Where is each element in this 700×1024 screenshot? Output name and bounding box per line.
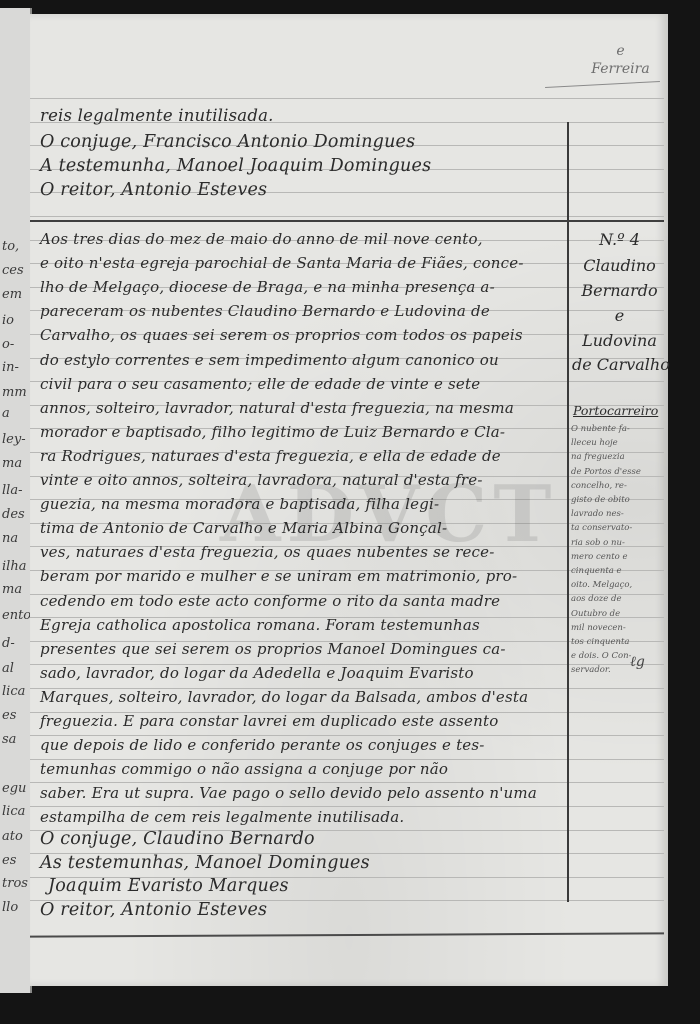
entry-body-line: pareceram os nubentes Claudino Bernardo … [40, 302, 490, 320]
entry-signature: Joaquim Evaristo Marques [48, 876, 289, 896]
entry-body-line: civil para o seu casamento; elle de edad… [40, 375, 480, 393]
entry-body-line: guezia, na mesma moradora e baptisada, f… [40, 495, 439, 513]
left-page-fragment: lica [2, 804, 25, 819]
margin-annotation-line: cinquenta e [571, 564, 667, 578]
margin-annotation-line: oito. Melgaço, [571, 578, 667, 592]
entry-separator-top [30, 220, 664, 222]
left-page-fragment: ma [2, 582, 22, 597]
margin-annotation-line: gisto de obito [571, 493, 667, 507]
entry-signature: O reitor, Antonio Esteves [40, 900, 267, 920]
entry-body-line: vinte e oito annos, solteira, lavradora,… [40, 471, 483, 489]
entry-body-line: lho de Melgaço, diocese de Braga, e na m… [40, 278, 495, 296]
left-page-fragment: egu [2, 781, 26, 796]
entry-signature: As testemunhas, Manoel Domingues [40, 853, 370, 873]
margin-name: Ludovina [572, 331, 667, 350]
left-page-fragment: lica [2, 684, 25, 699]
margin-annotation: O nubente fa-lleceu hojena fregueziade P… [571, 422, 667, 678]
entry-body-line: ra Rodrigues, naturaes d'esta freguezia,… [40, 447, 501, 465]
margin-annotation-line: ria sob o nu- [571, 536, 667, 550]
margin-name: Claudino [572, 256, 667, 275]
left-page-fragment: o- [2, 337, 14, 352]
margin-annotation-line: tos cinquenta [571, 635, 667, 649]
entry-signature: O conjuge, Claudino Bernardo [40, 829, 315, 849]
margin-annotation-line: e dois. O Con- [571, 649, 667, 663]
left-page-fragment: ley- [2, 432, 26, 447]
previous-entry-signature: O conjuge, Francisco Antonio Domingues [40, 132, 415, 152]
entry-body-line: morador e baptisado, filho legitimo de L… [40, 423, 505, 441]
entry-body-line: temunhas commigo o não assigna a conjuge… [40, 760, 448, 778]
entry-body-line: do estylo correntes e sem impedimento al… [40, 351, 499, 369]
entry-body-line: cedendo em todo este acto conforme o rit… [40, 592, 500, 610]
margin-annotation-line: aos doze de [571, 592, 667, 606]
left-page-fragment: mm [2, 385, 27, 400]
entry-separator-bottom [30, 932, 664, 937]
margin-annotation-line: Outubro de [571, 607, 667, 621]
entry-body-line: que depois de lido e conferido perante o… [40, 736, 485, 754]
previous-entry-signature: A testemunha, Manoel Joaquim Domingues [40, 156, 431, 176]
margin-name: Bernardo [572, 281, 667, 300]
left-page-fragment: d- [2, 636, 15, 651]
margin-annotation-line: na freguezia [571, 450, 667, 464]
entry-body-line: ves, naturaes d'esta freguezia, os quaes… [40, 543, 495, 561]
entry-body-line: saber. Era ut supra. Vae pago o sello de… [40, 784, 537, 802]
left-page-fragment: al [2, 661, 14, 676]
left-page-fragment: ma [2, 456, 22, 471]
margin-name: e [572, 306, 667, 325]
entry-body-line: sado, lavrador, do logar da Adedella e J… [40, 664, 474, 682]
margin-annotation-line: concelho, re- [571, 479, 667, 493]
margin-annotation-line: lleceu hoje [571, 436, 667, 450]
left-page-fragment: na [2, 531, 18, 546]
left-page-fragment: to, [2, 239, 19, 254]
margin-annotation-line: mero cento e [571, 550, 667, 564]
entry-body-line: Aos tres dias do mez de maio do anno de … [40, 230, 483, 248]
margin-annotation-line: ta conservato- [571, 521, 667, 535]
left-page-fragment: in- [2, 360, 19, 375]
register-page: e Ferreira ADVCT reis legalmente inutili… [30, 14, 668, 986]
entry-body-line: Marques, solteiro, lavrador, do logar da… [40, 688, 528, 706]
left-page-fragment: lla- [2, 483, 22, 498]
corner-annotation-underline [545, 81, 660, 88]
corner-annotation-line1: e [578, 42, 663, 60]
margin-annotation-line: de Portos d'esse [571, 465, 667, 479]
left-page-fragment: io [2, 313, 14, 328]
left-page-fragment: a [2, 406, 10, 421]
left-page-fragment: llo [2, 900, 18, 915]
previous-entry-signature: O reitor, Antonio Esteves [40, 180, 267, 200]
entry-body-line: freguezia. E para constar lavrei em dupl… [40, 712, 498, 730]
left-page-fragment: es [2, 853, 16, 868]
entry-body-line: annos, solteiro, lavrador, natural d'est… [40, 399, 514, 417]
entry-body-line: estampilha de cem reis legalmente inutil… [40, 808, 404, 826]
corner-annotation: e Ferreira [578, 42, 663, 78]
left-page-fragment: ilha [2, 559, 26, 574]
margin-flourish: ℓg [630, 654, 645, 671]
entry-body-line: e oito n'esta egreja parochial de Santa … [40, 254, 524, 272]
entry-body-line: presentes que sei serem os proprios Mano… [40, 640, 506, 658]
left-page-fragment: ces [2, 263, 24, 278]
margin-annotation-line: mil novecen- [571, 621, 667, 635]
adjacent-left-page: to,cesemioo-in-mmaley-malla-desnailhamae… [0, 8, 32, 993]
margin-annotation-heading: Portocarreiro [573, 403, 658, 418]
entry-body-line: tima de Antonio de Carvalho e Maria Albi… [40, 519, 447, 537]
left-page-fragment: ato [2, 829, 23, 844]
margin-annotation-line: servador. [571, 663, 667, 677]
ruled-line [30, 98, 664, 99]
corner-annotation-line2: Ferreira [578, 60, 663, 78]
left-page-fragment: es [2, 708, 16, 723]
left-page-fragment: em [2, 287, 22, 302]
left-page-fragment: ento [2, 608, 31, 623]
entry-body-line: Carvalho, os quaes sei serem os proprios… [40, 326, 523, 344]
left-page-fragment: sa [2, 732, 16, 747]
margin-annotation-line: O nubente fa- [571, 422, 667, 436]
margin-annotation-line: lavrado nes- [571, 507, 667, 521]
left-page-fragment: tros [2, 876, 28, 891]
entry-number: N.º 4 [572, 230, 667, 249]
margin-name: de Carvalho [572, 355, 667, 374]
margin-column-divider [567, 122, 569, 902]
left-page-fragment: des [2, 507, 25, 522]
entry-body-line: Egreja catholica apostolica romana. Fora… [40, 616, 480, 634]
entry-body-line: beram por marido e mulher e se uniram em… [40, 567, 517, 585]
previous-entry-line: reis legalmente inutilisada. [40, 106, 274, 125]
